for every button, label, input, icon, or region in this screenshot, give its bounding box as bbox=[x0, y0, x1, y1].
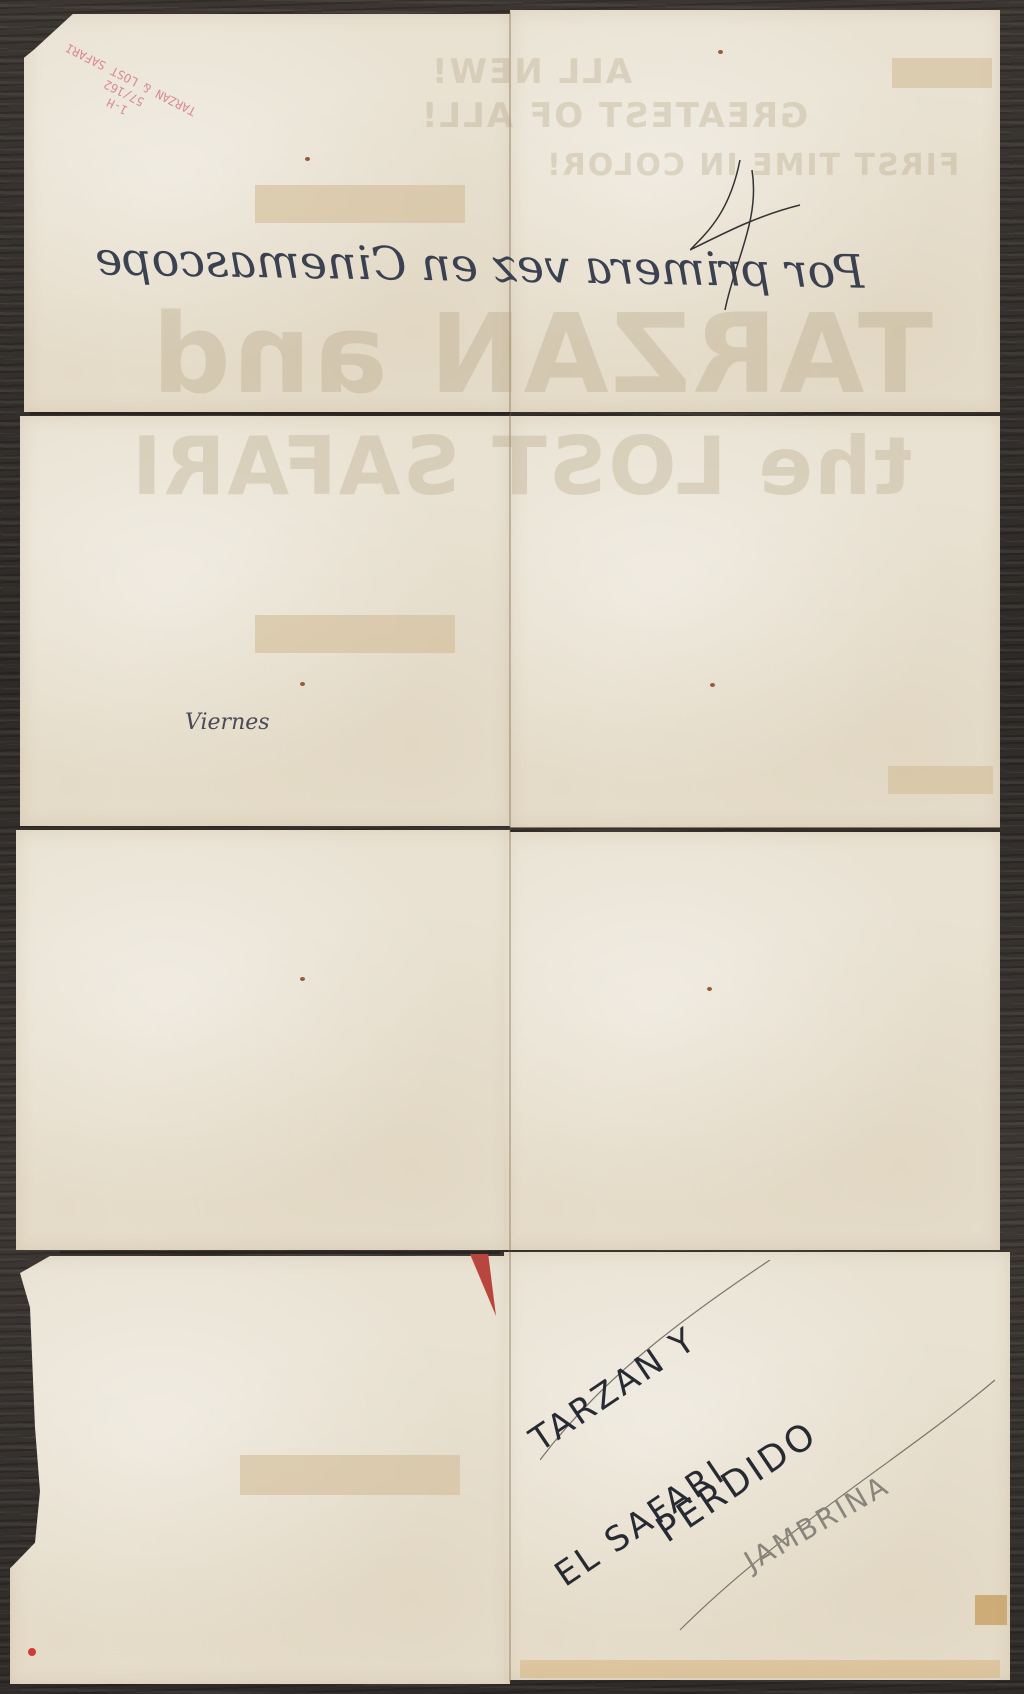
ghost-print-line2: GREATEST OF ALL! bbox=[420, 96, 808, 136]
foxing-spot bbox=[305, 157, 310, 161]
horizontal-fold-2 bbox=[20, 827, 1005, 829]
tape-strip bbox=[892, 58, 992, 88]
horizontal-fold-3b bbox=[510, 1250, 1005, 1252]
tape-strip bbox=[240, 1455, 460, 1495]
tape-strip bbox=[255, 615, 455, 653]
horizontal-tear-3 bbox=[60, 1251, 500, 1254]
red-mark bbox=[28, 1648, 36, 1656]
tape-strip bbox=[255, 185, 465, 223]
foxing-spot bbox=[718, 50, 723, 54]
pen-check-mark bbox=[690, 160, 810, 320]
tape-strip bbox=[888, 766, 993, 794]
water-stain-bottom bbox=[520, 1660, 1000, 1678]
ghost-print-line1: ALL NEW! bbox=[430, 52, 632, 92]
day-note: Viernes bbox=[185, 710, 270, 735]
ghost-print-title1: TARZAN and bbox=[150, 290, 933, 418]
foxing-spot bbox=[300, 977, 305, 981]
foxing-spot bbox=[710, 683, 715, 687]
foxing-spot bbox=[707, 987, 712, 991]
foxing-spot bbox=[300, 682, 305, 686]
poster-panel-row3-left bbox=[16, 830, 510, 1250]
ghost-print-title2: the LOST SAFARI bbox=[130, 420, 912, 513]
poster-panel-row3-right bbox=[504, 832, 1000, 1250]
